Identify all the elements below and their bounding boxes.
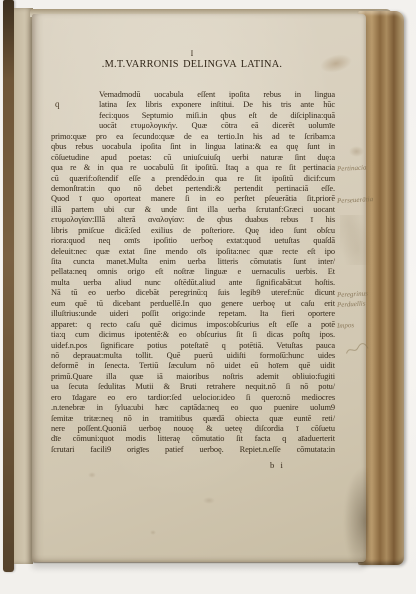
- text-line-22: illuſtrius:unde uideri poſſit origo:inde…: [51, 309, 335, 319]
- text-line-13: ετυμολογίαν:Illā alterā αναλογίαν: de qb…: [51, 215, 335, 225]
- text-line-7: cōſuetudine apud poetas: cū uniuſcuiuſq …: [51, 153, 335, 163]
- page-title: .M.T.VARRONIS DELINGVA LATINA.: [44, 59, 340, 70]
- text-line-28: primū.Quare illa quæ iā maioribus noſtri…: [51, 372, 335, 382]
- text-line-9: cū quærif:oſtendif eſſe a prendēdo.in qu…: [51, 174, 335, 184]
- body-text-block: Vemadmodū uocabula eſſent ipoſita rebus …: [51, 90, 335, 455]
- text-line-21: eum quē tū dicebant perduellē.In quo gen…: [51, 299, 335, 309]
- text-line-24: tia:q cum dicimus ipotentē:& eo obſcuriu…: [51, 330, 335, 340]
- text-line-20: Nā tū eo uerbo dicebāt peregrinū:q ſuis …: [51, 288, 335, 298]
- text-line-10: demonſtrat:in quo nō debet pertendi:& pe…: [51, 184, 335, 194]
- text-line-26: nō deprauat:multa tollit. Quē puerū uidi…: [51, 351, 335, 361]
- text-line-8: qua re & in qua re uocabulū ſit ipoſitū.…: [51, 163, 335, 173]
- text-line-30: ero īdagare eo ero tardior:ſed uelocior.…: [51, 393, 335, 403]
- text-line-14: libris pmiſcue dicā:ſed exilius de poſte…: [51, 226, 335, 236]
- folio-number: I: [51, 49, 334, 58]
- quire-signature: b i: [270, 460, 285, 470]
- text-line-18: pellata:neq omnis origo eſt noſtræ lingu…: [51, 267, 335, 277]
- text-line-33: nere poſſent.Quoniā uerboę nouoę & ueteę…: [51, 424, 335, 434]
- text-line-2: latina ſex libris exponere inſtitui. De …: [51, 100, 335, 110]
- text-line-16: deleuit:nec quæ extat ſine mendo oīs ipo…: [51, 247, 335, 257]
- text-line-29: ua ſecuta ſedulitas Mutii & Bruti retrah…: [51, 382, 335, 392]
- text-line-34: dīe cōmuni:quot modis litteraę cōmutatio…: [51, 434, 335, 444]
- edge-grime: [344, 468, 368, 564]
- ink-flourish: [343, 338, 371, 359]
- text-line-1: Vemadmodū uocabula eſſent ipoſita rebus …: [51, 90, 335, 100]
- text-line-5: primo:quæ pro ea ſecundo:quæ de ea terti…: [51, 132, 335, 142]
- text-line-11: Quod ī quo oporteat manere ſi in eo perſ…: [51, 194, 335, 204]
- text-line-31: .n.tenebræ in ſylua:ubi hæc captāda:neq …: [51, 403, 335, 413]
- book-binding-edge: [3, 0, 14, 572]
- gutter-page-edge: [14, 8, 33, 564]
- photographed-book-page: I .M.T.VARRONIS DELINGVA LATINA. q Vemad…: [0, 0, 416, 594]
- text-line-17: ſita cuncta manet.Multa enim uerba litte…: [51, 257, 335, 267]
- text-line-35: ſcrutari facili9 origīes patief uerboę. …: [51, 445, 335, 455]
- text-line-15: riora:quod neq omīs ipoſitio uerboę exta…: [51, 236, 335, 246]
- text-line-4: uocāt ετυμολογικήν. Quæ cōtra eā dicerēt…: [51, 121, 335, 131]
- text-line-32: ſemitæ tritæ:neq nō in tramitibus quædā …: [51, 414, 335, 424]
- text-line-6: qbus rebus uocabula ipoſita ſint in ling…: [51, 142, 335, 152]
- text-line-23: apparet: q recto caſu quē dicimus impos:…: [51, 320, 335, 330]
- text-line-19: multa uerba aliud nunc oſtēdūt.aliud ant…: [51, 278, 335, 288]
- ink-showthrough: [340, 215, 370, 265]
- text-line-12: illā partem ubi cur & unde ſint illa uer…: [51, 205, 335, 215]
- text-line-27: deformē in ſenecta. Tertiū ſæculum nō ui…: [51, 361, 335, 371]
- text-line-25: uidef.n.pos ſignificare potius poteſtatē…: [51, 341, 335, 351]
- text-line-3: feci:quos Septumio miſi.in qbus eſt de d…: [51, 111, 335, 121]
